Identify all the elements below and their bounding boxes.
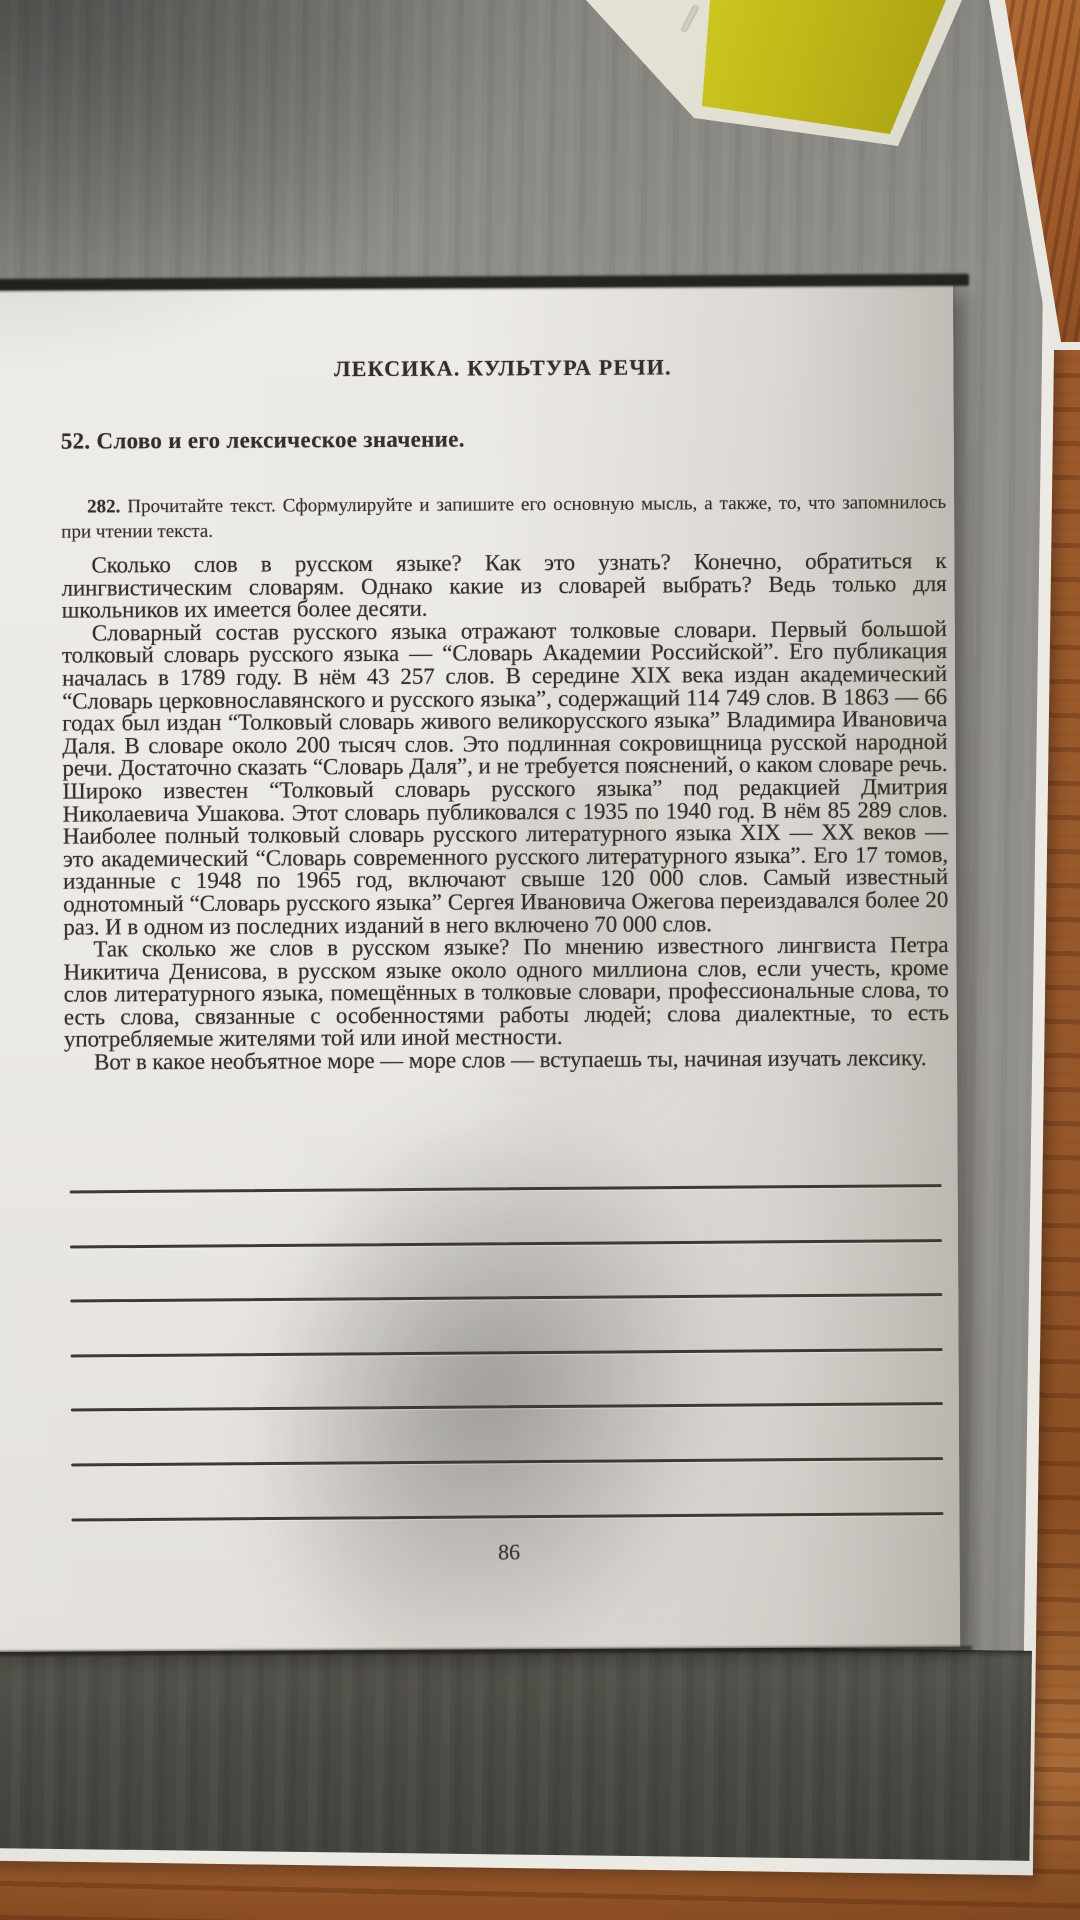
writing-line [71,1348,943,1357]
section-heading: 52. Слово и его лексическое значение. [61,425,946,453]
writing-line [71,1512,943,1521]
book-page: ЛЕКСИКА. КУЛЬТУРА РЕЧИ. 52. Слово и его … [0,285,960,1652]
paragraph: Сколько слов в русском языке? Как это уз… [61,550,946,622]
exercise-text: Сколько слов в русском языке? Как это уз… [61,550,949,1074]
page-content: ЛЕКСИКА. КУЛЬТУРА РЕЧИ. 52. Слово и его … [60,285,949,1074]
writing-line [70,1293,942,1302]
yellow-box [0,0,1080,170]
chapter-title: ЛЕКСИКА. КУЛЬТУРА РЕЧИ. [60,355,945,382]
paragraph: Вот в какое необъятное море — море слов … [64,1047,949,1074]
exercise-instruction-text: Прочитайте текст. Сформулируйте и запиши… [61,492,946,543]
paragraph: Словарный состав русского языка отражают… [62,618,949,939]
writing-line [71,1402,943,1411]
photographed-textbook-page: ЛЕКСИКА. КУЛЬТУРА РЕЧИ. 52. Слово и его … [0,0,1080,1920]
writing-line [70,1239,942,1248]
exercise-instruction: 282. Прочитайте текст. Сформулируйте и з… [61,490,946,545]
writing-line [71,1457,943,1466]
page-number: 86 [67,1537,952,1568]
exercise-number: 282. [87,496,120,517]
paragraph: Так сколько же слов в русском языке? По … [63,934,949,1052]
writing-lines [70,1185,944,1572]
